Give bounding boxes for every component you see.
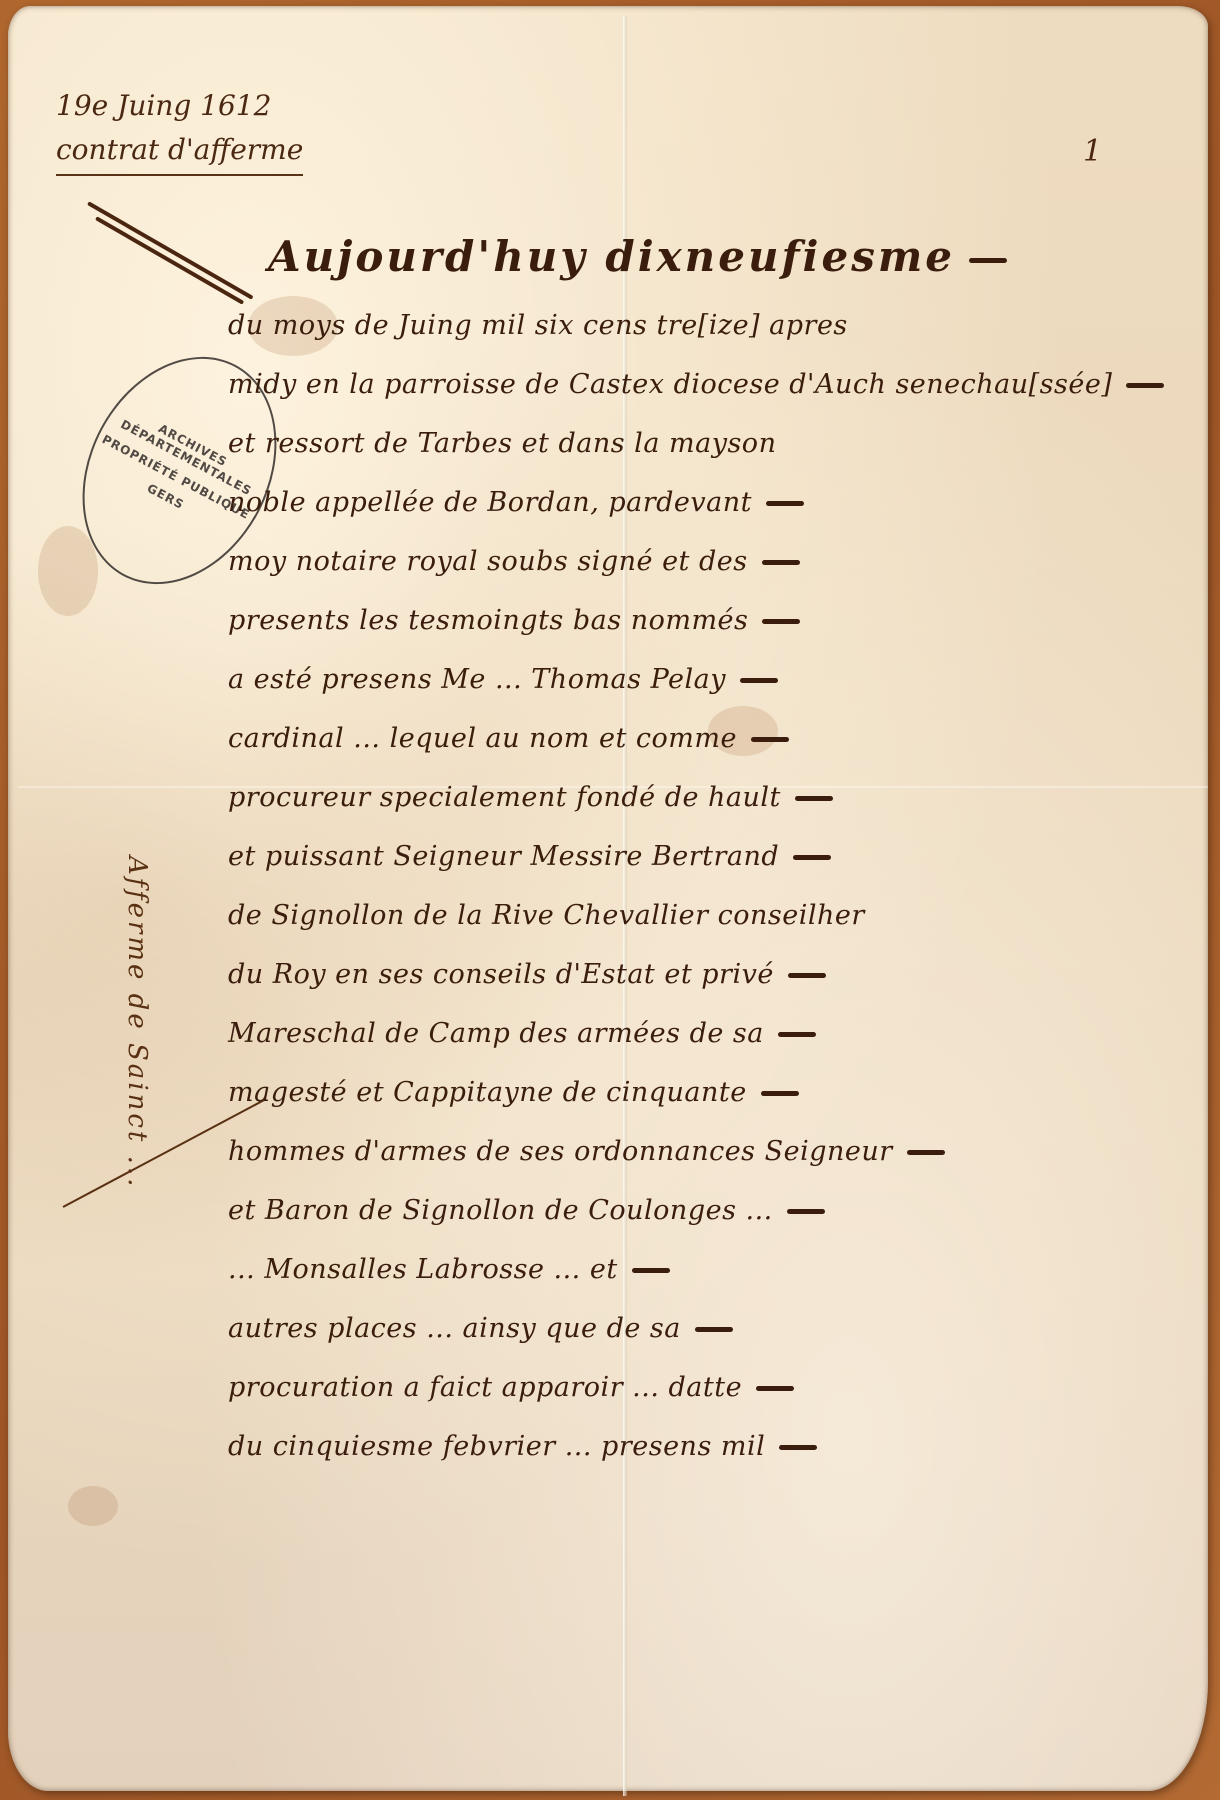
line-filler-dash xyxy=(787,1209,825,1214)
body-line-text: du moys de Juing mil six cens tre[ize] a… xyxy=(228,310,848,341)
line-filler-dash xyxy=(761,1091,799,1096)
line-filler-dash xyxy=(793,855,831,860)
margin-annotation: Afferme de Sainct ... xyxy=(112,856,152,1336)
body-line: hommes d'armes de ses ordonnances Seigne… xyxy=(228,1122,1128,1181)
line-filler-dash xyxy=(756,1386,794,1391)
line-filler-dash xyxy=(740,678,778,683)
line-filler-dash xyxy=(795,796,833,801)
line-filler-dash xyxy=(969,258,1007,263)
body-line-text: midy en la parroisse de Castex diocese d… xyxy=(228,369,1112,400)
paper-stain xyxy=(68,1486,118,1526)
body-line-text: presents les tesmoingts bas nommés xyxy=(228,605,748,636)
header-note-date: 19e Juing 1612 xyxy=(56,84,303,128)
body-line-text: autres places ... ainsy que de sa xyxy=(228,1313,681,1344)
body-line-text: hommes d'armes de ses ordonnances Seigne… xyxy=(228,1136,893,1167)
line-filler-dash xyxy=(762,560,800,565)
body-line-text: et Baron de Signollon de Coulonges ... xyxy=(228,1195,773,1226)
body-line: procureur specialement fondé de hault xyxy=(228,768,1128,827)
body-line-text: procuration a faict apparoir ... datte xyxy=(228,1372,742,1403)
body-line: procuration a faict apparoir ... datte xyxy=(228,1358,1128,1417)
line-filler-dash xyxy=(762,619,800,624)
body-line-text: ... Monsalles Labrosse ... et xyxy=(228,1254,618,1285)
body-line-text: moy notaire royal soubs signé et des xyxy=(228,546,748,577)
body-line: du moys de Juing mil six cens tre[ize] a… xyxy=(228,296,1128,355)
line-filler-dash xyxy=(766,501,804,506)
body-line-text: Mareschal de Camp des armées de sa xyxy=(228,1018,764,1049)
folio-number: 1 xyxy=(1083,134,1102,169)
body-line: du cinquiesme febvrier ... presens mil xyxy=(228,1417,1128,1476)
line-filler-dash xyxy=(1126,383,1164,388)
body-line-text: magesté et Cappitayne de cinquante xyxy=(228,1077,747,1108)
body-line: et puissant Seigneur Messire Bertrand xyxy=(228,827,1128,886)
body-line-text: et puissant Seigneur Messire Bertrand xyxy=(228,841,779,872)
body-line: noble appellée de Bordan, pardevant xyxy=(228,473,1128,532)
body-line: Aujourd'huy dixneufiesme xyxy=(228,218,1128,296)
line-filler-dash xyxy=(788,973,826,978)
body-line-text: procureur specialement fondé de hault xyxy=(228,782,781,813)
body-line: autres places ... ainsy que de sa xyxy=(228,1299,1128,1358)
body-line: et ressort de Tarbes et dans la mayson xyxy=(228,414,1128,473)
line-filler-dash xyxy=(632,1268,670,1273)
body-line: magesté et Cappitayne de cinquante xyxy=(228,1063,1128,1122)
line-filler-dash xyxy=(779,1445,817,1450)
body-line-text: du Roy en ses conseils d'Estat et privé xyxy=(228,959,774,990)
line-filler-dash xyxy=(751,737,789,742)
header-note: 19e Juing 1612 contrat d'afferme xyxy=(56,84,303,176)
body-line: a esté presens Me ... Thomas Pelay xyxy=(228,650,1128,709)
body-line: moy notaire royal soubs signé et des xyxy=(228,532,1128,591)
body-line: ... Monsalles Labrosse ... et xyxy=(228,1240,1128,1299)
line-filler-dash xyxy=(695,1327,733,1332)
line-filler-dash xyxy=(778,1032,816,1037)
body-line: cardinal ... lequel au nom et comme xyxy=(228,709,1128,768)
body-line-text: Aujourd'huy dixneufiesme xyxy=(268,232,955,281)
body-line-text: noble appellée de Bordan, pardevant xyxy=(228,487,752,518)
body-line-text: du cinquiesme febvrier ... presens mil xyxy=(228,1431,765,1462)
body-line: de Signollon de la Rive Chevallier conse… xyxy=(228,886,1128,945)
body-line: Mareschal de Camp des armées de sa xyxy=(228,1004,1128,1063)
header-note-title: contrat d'afferme xyxy=(56,128,303,176)
manuscript-page: 1 19e Juing 1612 contrat d'afferme ARCHI… xyxy=(8,6,1208,1791)
body-line-text: cardinal ... lequel au nom et comme xyxy=(228,723,737,754)
paper-stain xyxy=(38,526,98,616)
body-line-text: de Signollon de la Rive Chevallier conse… xyxy=(228,900,865,931)
body-line: du Roy en ses conseils d'Estat et privé xyxy=(228,945,1128,1004)
manuscript-body: Aujourd'huy dixneufiesme du moys de Juin… xyxy=(228,218,1128,1476)
initial-letter-flourish xyxy=(95,216,244,304)
body-line: presents les tesmoingts bas nommés xyxy=(228,591,1128,650)
body-line-text: et ressort de Tarbes et dans la mayson xyxy=(228,428,776,459)
body-line: et Baron de Signollon de Coulonges ... xyxy=(228,1181,1128,1240)
body-line: midy en la parroisse de Castex diocese d… xyxy=(228,355,1128,414)
line-filler-dash xyxy=(907,1150,945,1155)
body-line-text: a esté presens Me ... Thomas Pelay xyxy=(228,664,726,695)
